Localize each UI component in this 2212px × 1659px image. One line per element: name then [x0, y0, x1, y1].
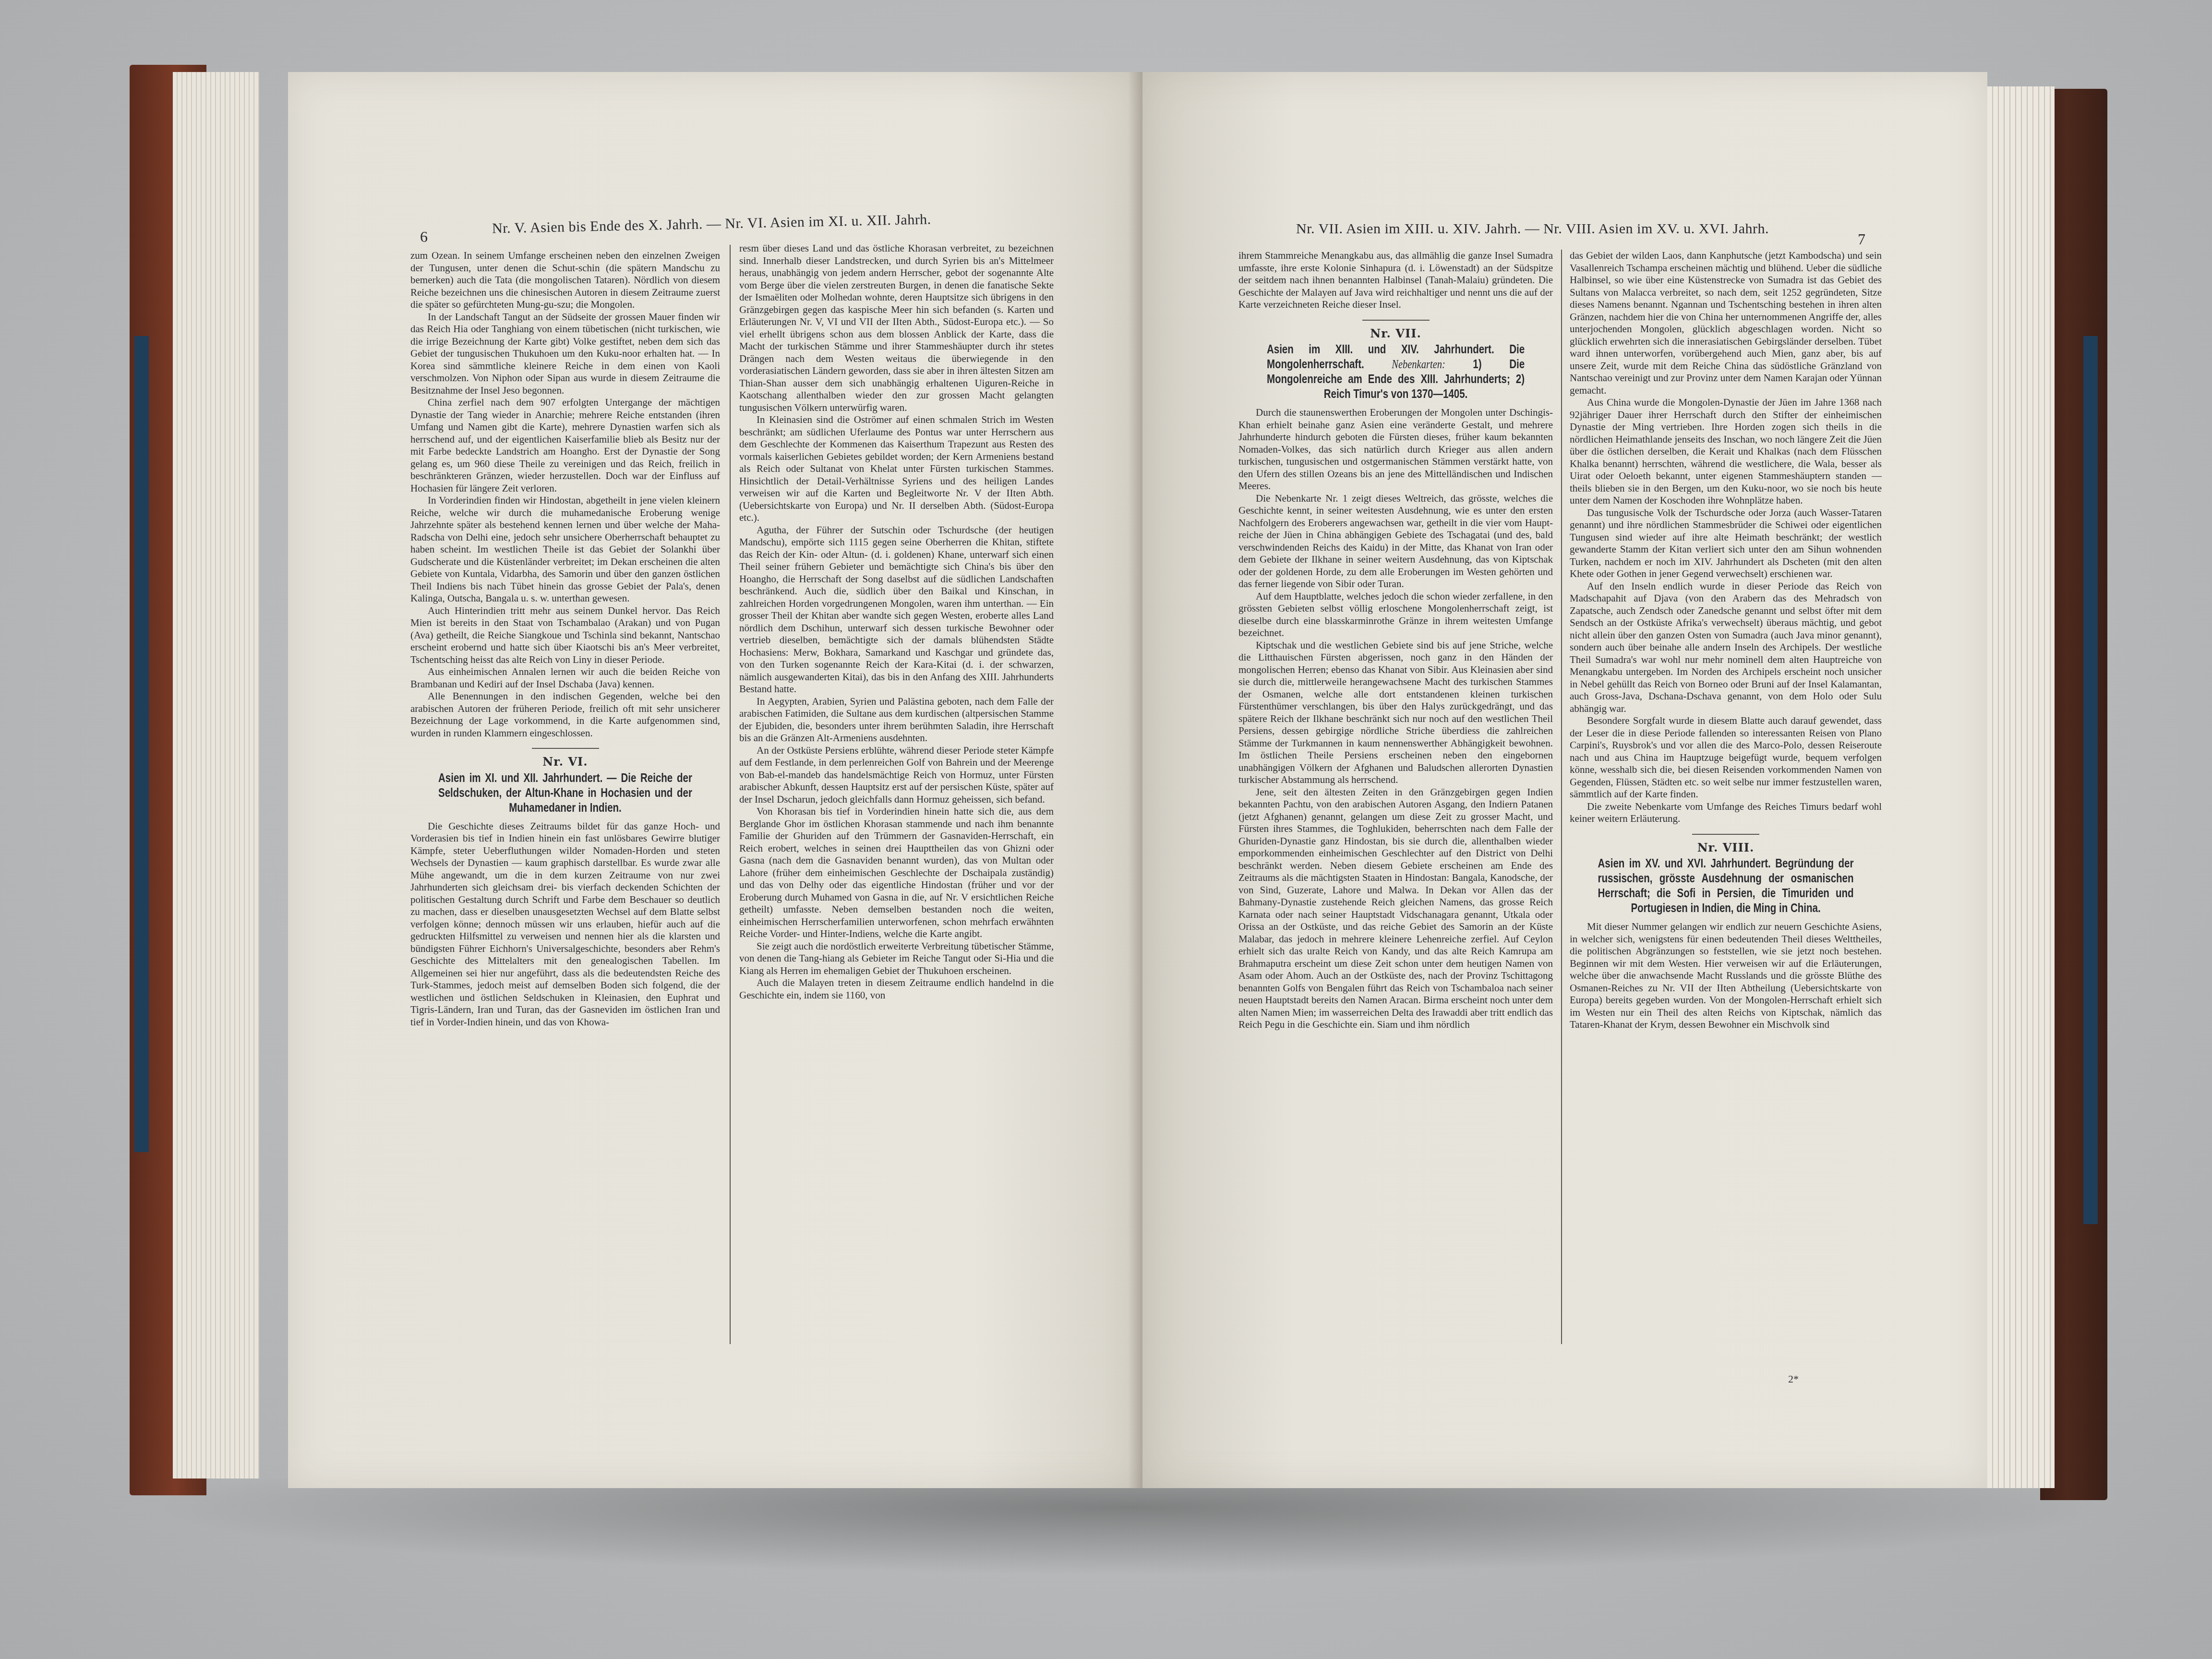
column-text-before: zum Ozean. In seinem Umfange erscheinen … [410, 250, 720, 739]
page-number: 7 [1858, 230, 1865, 248]
paragraph: Agutha, der Führer der Sutschin oder Tsc… [739, 524, 1054, 696]
page-stack-right [1987, 86, 2055, 1488]
running-head: Nr. VII. Asien im XIII. u. XIV. Jahrh. —… [1296, 221, 1769, 237]
section-number: Nr. VII. [1238, 327, 1553, 340]
section-divider [1362, 320, 1430, 321]
paragraph: ihrem Stammreiche Menangkabu aus, das al… [1238, 250, 1553, 311]
paragraph: In Kleinasien sind die Oströmer auf eine… [739, 414, 1054, 524]
paragraph: In der Landschaft Tangut an der Südseite… [410, 311, 720, 397]
left-page: 6 Nr. V. Asien bis Ende des X. Jahrh. — … [288, 72, 1142, 1488]
page-stack-left [173, 72, 259, 1479]
paragraph: Von Khorasan bis tief in Vorderindien hi… [739, 805, 1054, 940]
paragraph: Besondere Sorgfalt wurde in diesem Blatt… [1570, 715, 1882, 801]
paragraph: Kiptschak und die westlichen Gebiete sin… [1238, 639, 1553, 786]
paragraph: In Vorderindien finden wir Hindostan, ab… [410, 494, 720, 605]
signature-mark: 2* [1788, 1373, 1799, 1385]
section-title: Asien im XI. und XII. Jahrhundert. — Die… [438, 771, 692, 816]
right-page-column-1: ihrem Stammreiche Menangkabu aus, das al… [1238, 250, 1553, 1031]
running-head: Nr. V. Asien bis Ende des X. Jahrh. — Nr… [492, 211, 931, 237]
cover-cloth-stripe-right [2083, 336, 2098, 1224]
column-rule [730, 245, 731, 1344]
paragraph: Das tungusische Volk der Tschurdsche ode… [1570, 507, 1882, 580]
section-title: Asien im XV. und XVI. Jahrhundert. Begrü… [1598, 856, 1854, 916]
section-divider [532, 748, 599, 749]
column-rule [1561, 250, 1562, 1344]
cover-cloth-stripe-left [134, 336, 149, 1152]
left-page-column-2: resm über dieses Land und das östliche K… [739, 242, 1054, 1001]
paragraph: Aus China wurde die Mongolen-Dynastie de… [1570, 397, 1882, 507]
paragraph: Mit dieser Nummer gelangen wir endlich z… [1570, 921, 1882, 1031]
page-number: 6 [420, 228, 428, 246]
paragraph: Durch die staunenswerthen Eroberungen de… [1238, 407, 1553, 493]
paragraph: Alle Benennungen in den indischen Gegend… [410, 690, 720, 739]
paragraph: Die zweite Nebenkarte vom Umfange des Re… [1570, 801, 1882, 825]
section-title: Asien im XIII. und XIV. Jahrhundert. Die… [1267, 342, 1525, 402]
right-page-column-2: das Gebiet der wilden Laos, dann Kanphut… [1570, 250, 1882, 1031]
section-divider [1692, 834, 1759, 835]
paragraph: Auf dem Hauptblatte, welches jedoch die … [1238, 590, 1553, 639]
paragraph: In Aegypten, Arabien, Syrien und Palästi… [739, 696, 1054, 745]
section-number: Nr. VI. [410, 756, 720, 768]
paragraph: das Gebiet der wilden Laos, dann Kanphut… [1570, 250, 1882, 397]
paragraph: zum Ozean. In seinem Umfange erscheinen … [410, 250, 720, 311]
section-title-label: Nebenkarten: [1392, 358, 1445, 371]
paragraph: An der Ostküste Persiens erblühte, währe… [739, 745, 1054, 806]
left-page-column-1: zum Ozean. In seinem Umfange erscheinen … [410, 250, 720, 1028]
paragraph: Auch die Malayen treten in diesem Zeitra… [739, 977, 1054, 1001]
paragraph: Jene, seit den ältesten Zeiten in den Gr… [1238, 786, 1553, 1031]
paragraph: Die Geschichte dieses Zeitraums bildet f… [410, 820, 720, 1029]
paragraph: Aus einheimischen Annalen lernen wir auc… [410, 666, 720, 690]
right-page: Nr. VII. Asien im XIII. u. XIV. Jahrh. —… [1142, 72, 1987, 1488]
paragraph: Auf den Inseln endlich wurde in dieser P… [1570, 580, 1882, 715]
section-number: Nr. VIII. [1570, 842, 1882, 854]
book-shadow [144, 1479, 2112, 1575]
paragraph: China zerfiel nach dem 907 erfolgten Unt… [410, 397, 720, 494]
paragraph: Auch Hinterindien tritt mehr aus seinem … [410, 605, 720, 666]
paragraph: resm über dieses Land und das östliche K… [739, 242, 1054, 414]
paragraph: Die Nebenkarte Nr. 1 zeigt dieses Weltre… [1238, 493, 1553, 590]
paragraph: Sie zeigt auch die nordöstlich erweitert… [739, 940, 1054, 977]
